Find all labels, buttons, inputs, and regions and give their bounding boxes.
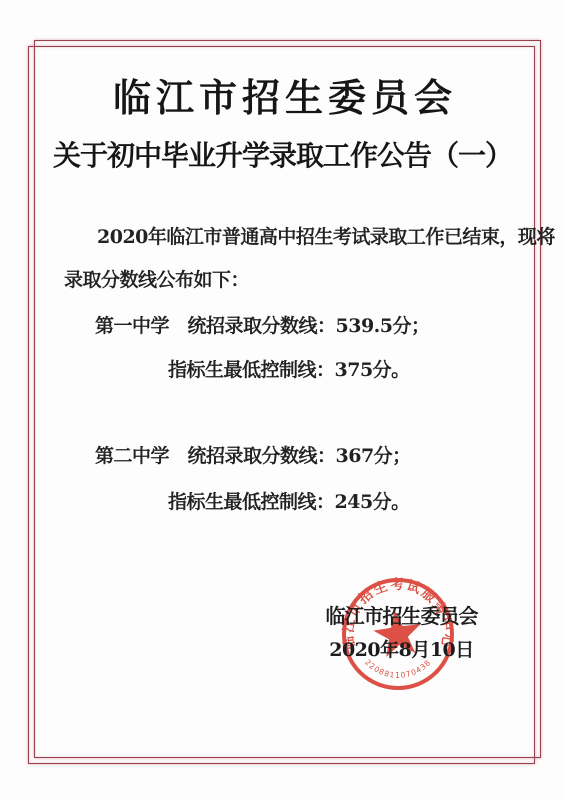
school2-quota-score-line: 指标生最低控制线：245分。 xyxy=(168,490,410,514)
school2-unified-score-line: 第二中学 统招录取分数线：367分； xyxy=(95,444,411,468)
notice-paragraph-line-2: 录取分数线公布如下： xyxy=(64,268,249,292)
school1-unified-score-line: 第一中学 统招录取分数线：539.5分； xyxy=(95,314,430,338)
signature-date: 2020年8月10日 xyxy=(305,638,498,662)
school1-quota-score-line: 指标生最低控制线：375分。 xyxy=(168,358,410,382)
page-title: 临江市招生委员会 xyxy=(0,76,565,120)
signature-organization: 临江市招生委员会 xyxy=(305,604,498,628)
notice-paragraph-line-1: 2020年临江市普通高中招生考试录取工作已结束，现将 xyxy=(97,225,555,249)
page-subtitle: 关于初中毕业升学录取工作公告（一） xyxy=(0,139,565,173)
signature-block: 临江市招生委员会 2020年8月10日 xyxy=(305,604,498,662)
admission-announcement-page: 临江市招生委员会 关于初中毕业升学录取工作公告（一） 2020年临江市普通高中招… xyxy=(0,0,565,800)
